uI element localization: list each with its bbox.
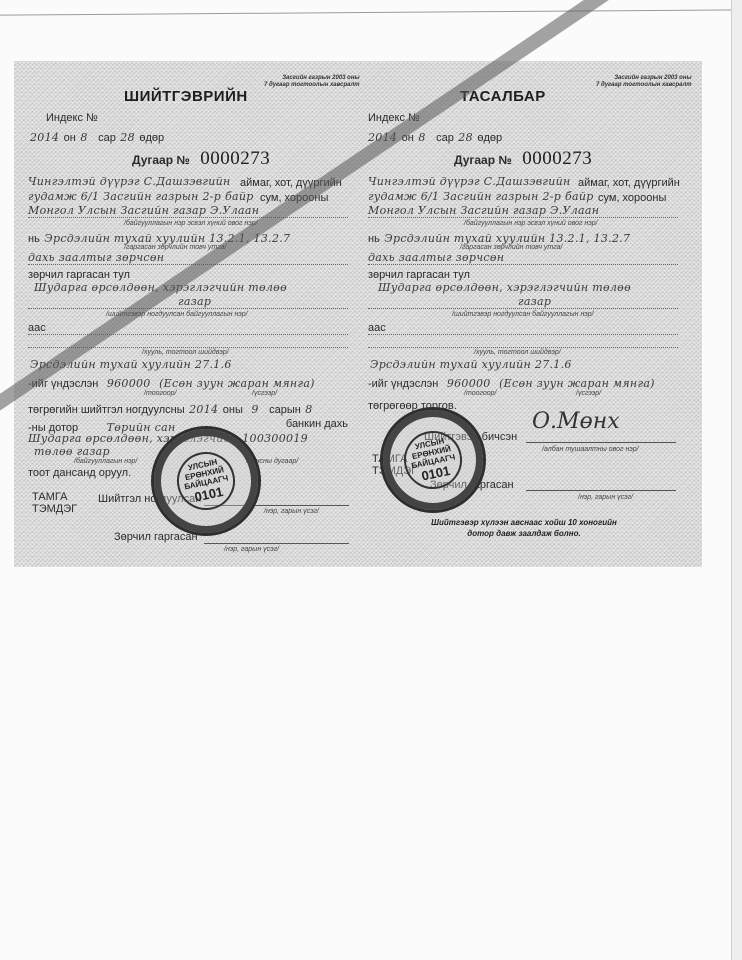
law-note: Засгийн газрын 2003 оны 7 дугаар тогтоол… [264,75,360,89]
scan-right-edge [731,0,742,960]
seal-label: ТАМГА ТЭМДЭГ [32,491,77,515]
scan-edge-line [0,9,742,15]
official-stamp: УЛСЫН ЕРӨНХИЙ БАЙЦААГЧ 0101 [380,407,486,513]
blank-line [368,347,678,348]
index-label: Индекс № [46,112,98,124]
offender-line-1: Чингэлтэй дүүрэг С.Дашзэвгийн [28,175,231,188]
date-row: 2014 он 8 сар 28 өдөр [30,128,164,146]
coupon-title: ШИЙТГЭВРИЙН [124,88,248,105]
violator-signature-line [204,543,349,544]
document-number: Дугаар № 0000273 [132,148,270,170]
document-number: Дугаар № 0000273 [454,148,592,170]
fine-document-sheet: Засгийн газрын 2003 оны 7 дугаар тогтоол… [14,61,702,567]
offender-line-2: гудамж 6/1 Засгийн газрын 2-р байр [28,190,254,203]
violator-signature-line [526,490,676,491]
law-note: Засгийн газрын 2003 оны 7 дугаар тогтоол… [596,75,692,89]
receipt-coupon: Засгийн газрын 2003 оны 7 дугаар тогтоол… [364,61,702,567]
appeal-note: Шийтгэвэр хүлээн авснаас хойш 10 хоногий… [424,517,624,539]
official-stamp: УЛСЫН ЕРӨНХИЙ БАЙЦААГЧ 0101 [151,426,261,536]
amount-row: -ийг үндэслэн 960000 (Есөн зуун жаран мя… [368,374,655,392]
written-by-signature-line [526,442,676,443]
official-signature: О.Мөнх [532,409,620,434]
fine-decision-coupon: Засгийн газрын 2003 оны 7 дугаар тогтоол… [14,61,364,567]
deadline-row: төгрөгийн шийтгэл ногдуулсны 2014 оны 9 … [28,400,313,418]
